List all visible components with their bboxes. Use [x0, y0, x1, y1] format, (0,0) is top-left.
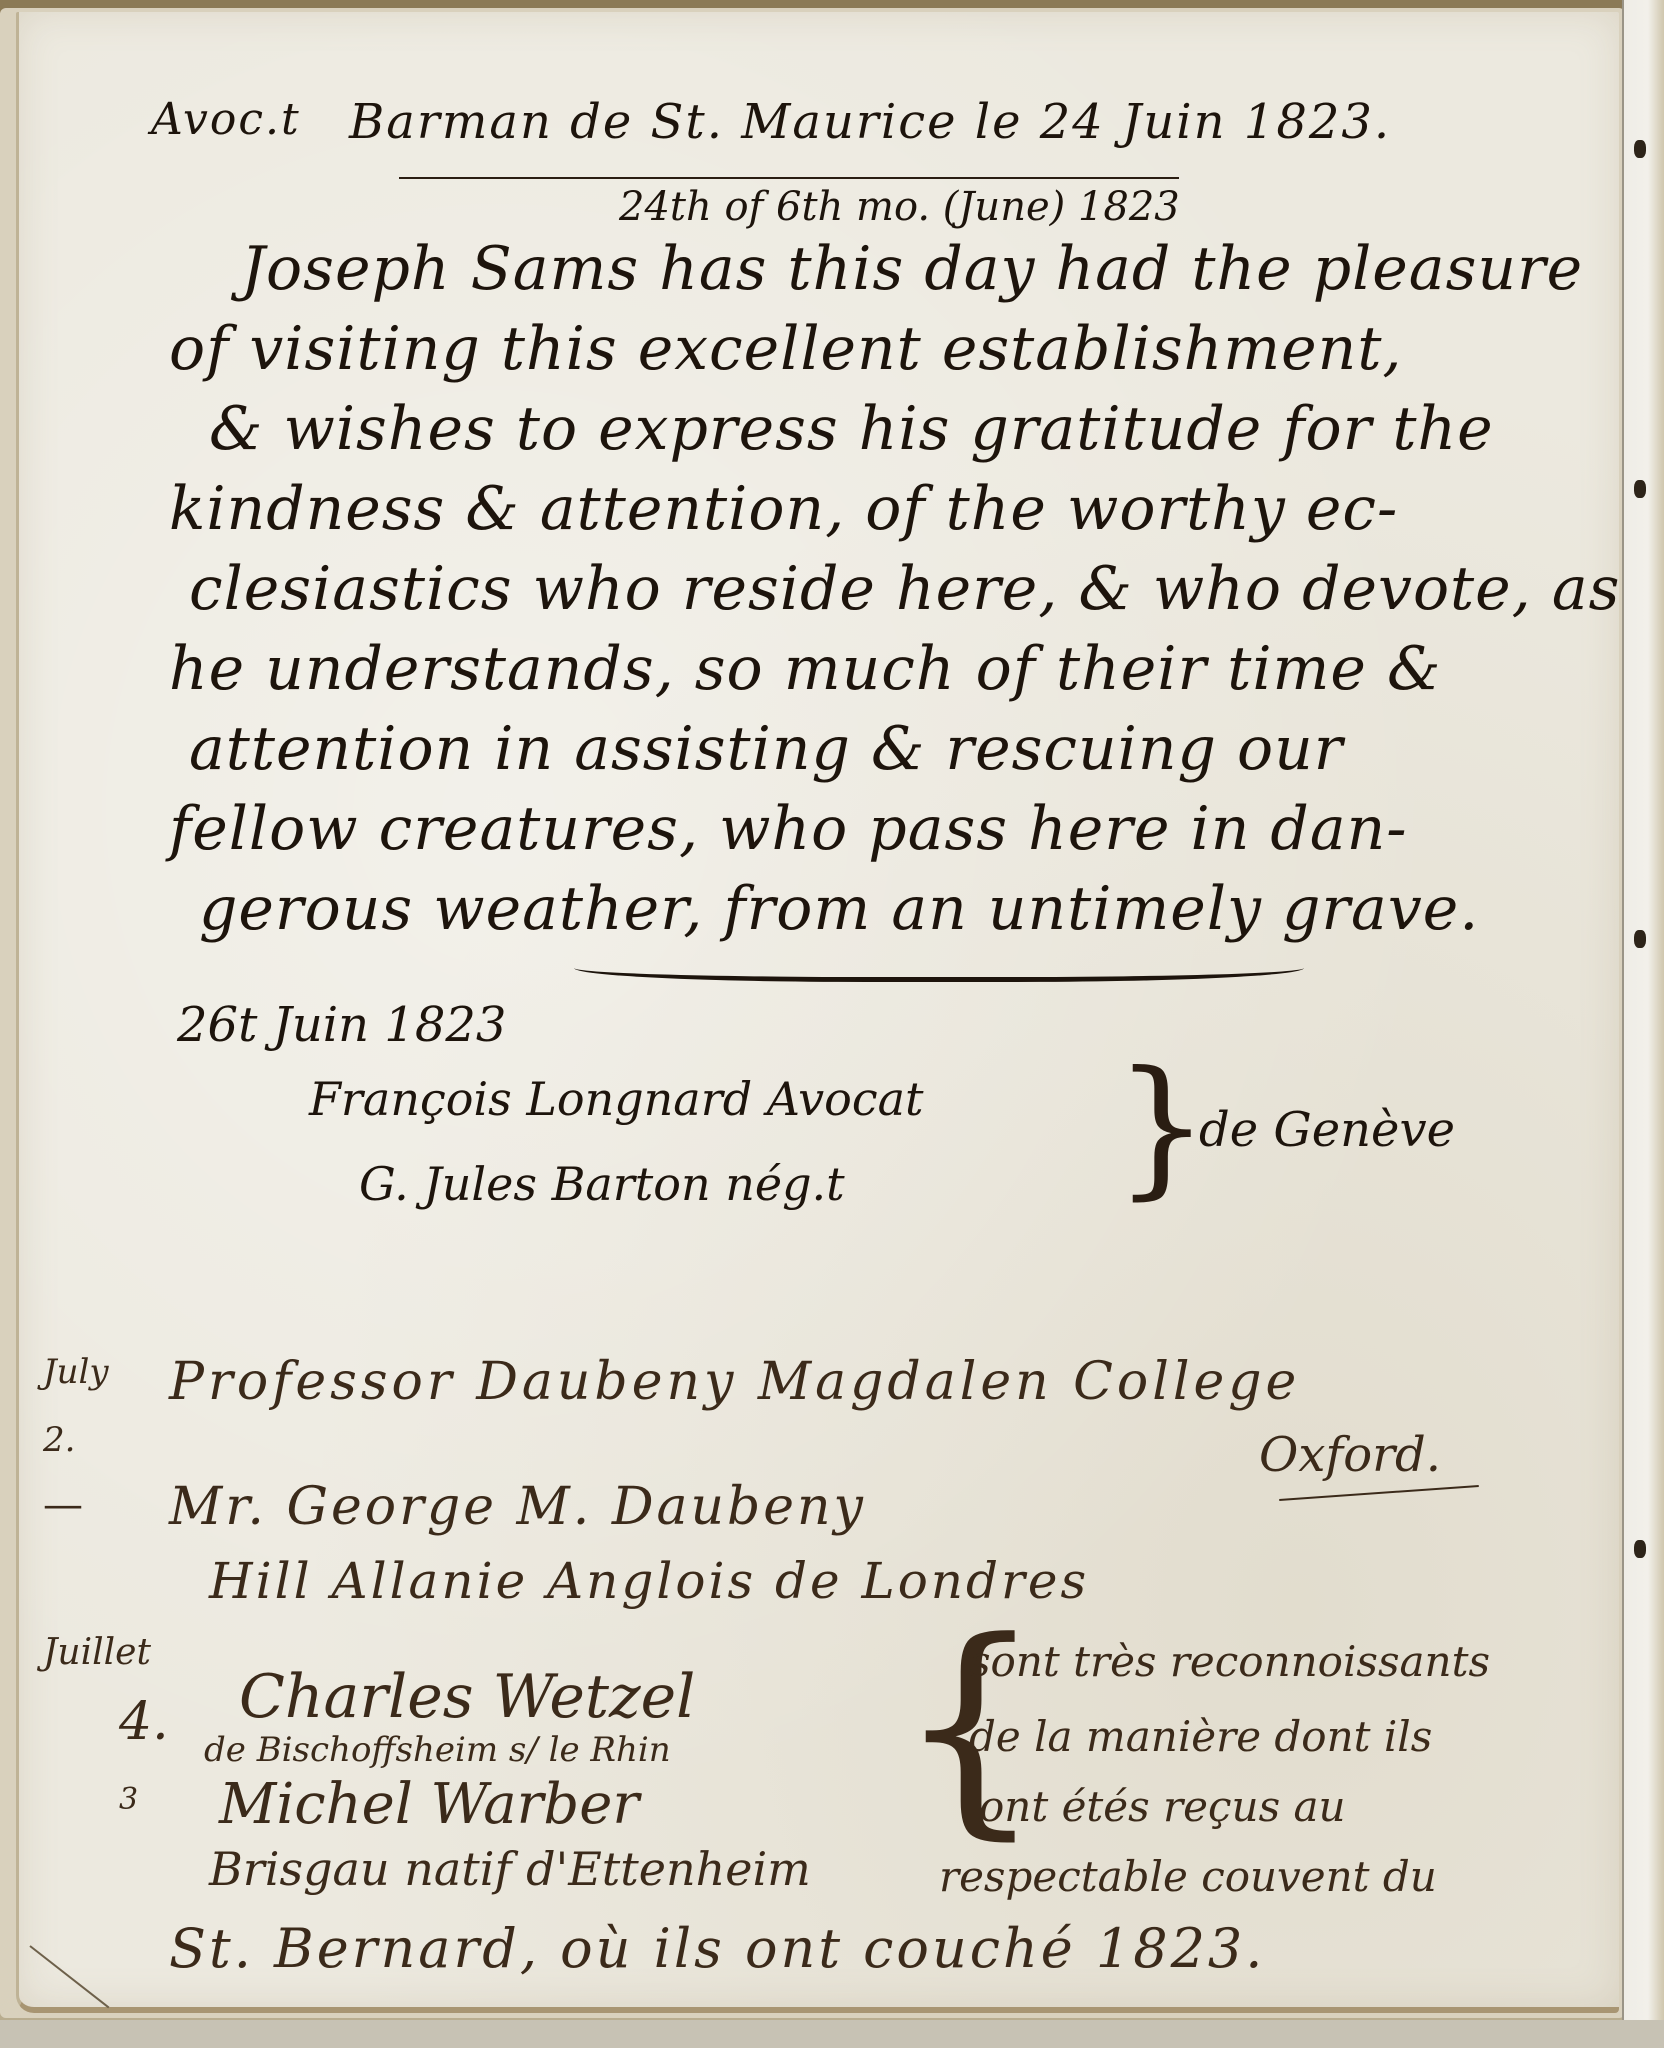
entry4-right-1: sont très reconnoissants [969, 1637, 1490, 1686]
entry3-oxford: Oxford. [1259, 1427, 1441, 1483]
header-prefix: Avoc.t [151, 94, 301, 145]
entry1-line-1: Joseph Sams has this day had the pleasur… [241, 234, 1583, 304]
entry1-line-7: attention in assisting & rescuing our [189, 714, 1343, 784]
entry2-brace: } [1114, 1052, 1209, 1202]
entry2-name-2: G. Jules Barton nég.t [359, 1157, 845, 1211]
entry4-right-4: respectable couvent du [939, 1852, 1437, 1901]
entry1-line-9: gerous weather, from an untimely grave. [199, 874, 1479, 944]
entry4-margin-day: 4. [119, 1692, 169, 1752]
entry4-right-2: de la manière dont ils [969, 1712, 1432, 1761]
entry2-place: de Genève [1199, 1102, 1455, 1158]
entry4-left-3: Michel Warber [219, 1772, 639, 1837]
entry3-margin-month: July [43, 1352, 109, 1392]
entry3-line-1: Professor Daubeny Magdalen College [169, 1352, 1300, 1412]
background-surface [0, 2020, 1664, 2048]
entry3-line-2: Mr. George M. Daubeny [169, 1477, 866, 1537]
entry1-line-2: of visiting this excellent establishment… [169, 314, 1403, 384]
entry1-line-5: clesiastics who reside here, & who devot… [189, 554, 1620, 624]
binding-stitch [1634, 1540, 1646, 1558]
header-line: Barman de St. Maurice le 24 Juin 1823. [349, 94, 1391, 150]
binding-stitch [1634, 930, 1646, 948]
entry1-date: 24th of 6th mo. (June) 1823 [619, 184, 1180, 230]
entry4-left-1: Charles Wetzel [239, 1662, 695, 1732]
entry3-dash: — [43, 1482, 83, 1528]
entry1-line-8: fellow creatures, who pass here in dan- [169, 794, 1408, 864]
header-rule [399, 177, 1179, 179]
manuscript-page: Avoc.t Barman de St. Maurice le 24 Juin … [16, 12, 1619, 2013]
signature-flourish [574, 947, 1304, 982]
entry4-closing: St. Bernard, où ils ont couché 1823. [169, 1917, 1265, 1980]
entry4-margin-day-2: 3 [119, 1782, 138, 1817]
entry4-margin-month: Juillet [43, 1632, 151, 1673]
entry2-name-1: François Longnard Avocat [309, 1072, 924, 1126]
book-spine [1622, 0, 1664, 2048]
entry1-line-4: kindness & attention, of the worthy ec- [169, 474, 1398, 544]
entry4-left-4: Brisgau natif d'Ettenheim [209, 1842, 811, 1896]
entry1-line-6: he understands, so much of their time & [169, 634, 1441, 704]
entry1-line-3: & wishes to express his gratitude for th… [209, 394, 1494, 464]
entry2-date: 26t Juin 1823 [177, 997, 506, 1053]
binding-stitch [1634, 480, 1646, 498]
entry4-right-3: ont étés reçus au [979, 1782, 1346, 1831]
oxford-underline [1279, 1485, 1479, 1501]
entry3-margin-day: 2. [43, 1420, 75, 1460]
binding-stitch [1634, 140, 1646, 158]
entry4-left-2: de Bischoffsheim s/ le Rhin [204, 1730, 671, 1770]
